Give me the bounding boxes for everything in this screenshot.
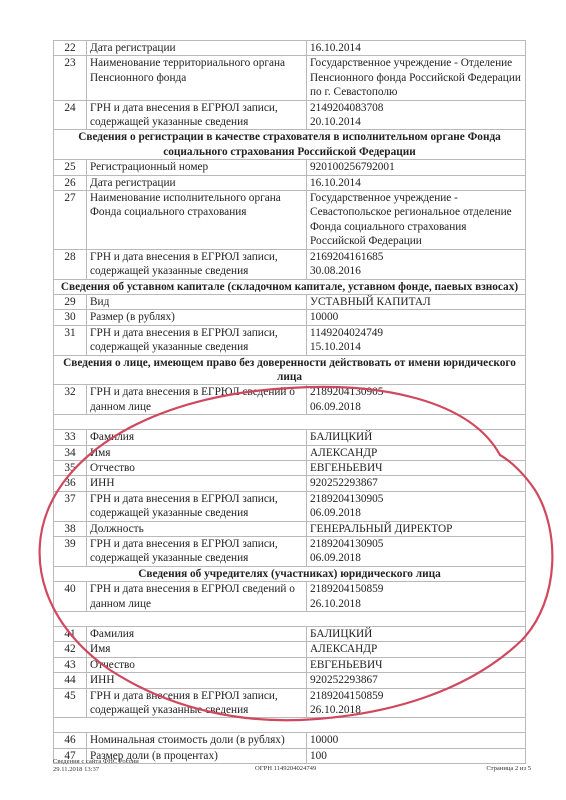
field-label: Номинальная стоимость доли (в рублях) [87,733,307,748]
section-title: Сведения об учредителях (участниках) юри… [54,566,526,581]
section-title: Сведения о лице, имеющем право без довер… [54,355,526,385]
field-label: Размер (в рублях) [87,310,307,325]
row-number: 41 [54,627,87,642]
field-value: 920252293867 [307,673,526,688]
row-number: 32 [54,385,87,415]
field-value: БАЛИЦКИЙ [307,627,526,642]
section-header-row: Сведения об уставном капитале (складочно… [54,279,526,294]
table-row: 24ГРН и дата внесения в ЕГРЮЛ записи, со… [54,100,526,130]
row-number: 35 [54,460,87,475]
field-label: ГРН и дата внесения в ЕГРЮЛ записи, соде… [87,537,307,567]
table-row: 36ИНН920252293867 [54,476,526,491]
field-label: Дата регистрации [87,175,307,190]
row-number: 33 [54,430,87,445]
blank-cell [54,612,526,627]
field-label: Наименование исполнительного органа Фонд… [87,191,307,250]
field-value: УСТАВНЫЙ КАПИТАЛ [307,294,526,309]
footer-left: Сведения с сайта ФНС России 29.11.2018 1… [53,758,139,773]
field-value: 218920413090506.09.2018 [307,537,526,567]
field-label: Регистрационный номер [87,160,307,175]
field-label: ИНН [87,673,307,688]
field-label: ГРН и дата внесения в ЕГРЮЛ сведений о д… [87,582,307,612]
row-number: 27 [54,191,87,250]
document-page: 22Дата регистрации16.10.201423Наименован… [0,0,566,800]
table-row: 45ГРН и дата внесения в ЕГРЮЛ записи, со… [54,688,526,718]
table-row: 46Номинальная стоимость доли (в рублях)1… [54,733,526,748]
field-value: Государственное учреждение - Севастополь… [307,191,526,250]
field-value: 920252293867 [307,476,526,491]
field-label: ГРН и дата внесения в ЕГРЮЛ записи, соде… [87,100,307,130]
field-value: ЕВГЕНЬЕВИЧ [307,657,526,672]
field-value: 218920415085926.10.2018 [307,688,526,718]
section-title: Сведения об уставном капитале (складочно… [54,279,526,294]
field-value: 16.10.2014 [307,175,526,190]
row-number: 31 [54,325,87,355]
field-label: ИНН [87,476,307,491]
field-value: ЕВГЕНЬЕВИЧ [307,460,526,475]
field-value: 216920416168530.08.2016 [307,249,526,279]
field-value: 218920413090506.09.2018 [307,385,526,415]
field-label: Фамилия [87,430,307,445]
blank-row [54,718,526,733]
field-label: Вид [87,294,307,309]
field-label: ГРН и дата внесения в ЕГРЮЛ сведений о д… [87,385,307,415]
row-number: 37 [54,491,87,521]
table-row: 31ГРН и дата внесения в ЕГРЮЛ записи, со… [54,325,526,355]
table-row: 32ГРН и дата внесения в ЕГРЮЛ сведений о… [54,385,526,415]
table-row: 33ФамилияБАЛИЦКИЙ [54,430,526,445]
table-row: 41ФамилияБАЛИЦКИЙ [54,627,526,642]
table-row: 22Дата регистрации16.10.2014 [54,41,526,56]
section-header-row: Сведения об учредителях (участниках) юри… [54,566,526,581]
field-label: Отчество [87,460,307,475]
table-row: 40ГРН и дата внесения в ЕГРЮЛ сведений о… [54,582,526,612]
table-row: 44ИНН920252293867 [54,673,526,688]
footer-source: Сведения с сайта ФНС России [53,758,139,766]
field-label: ГРН и дата внесения в ЕГРЮЛ записи, соде… [87,249,307,279]
row-number: 45 [54,688,87,718]
field-value: 10000 [307,733,526,748]
row-number: 46 [54,733,87,748]
footer-page-number: Страница 2 из 5 [486,765,531,773]
field-value: 16.10.2014 [307,41,526,56]
field-label: Имя [87,642,307,657]
field-value: АЛЕКСАНДР [307,642,526,657]
table-row: 39ГРН и дата внесения в ЕГРЮЛ записи, со… [54,537,526,567]
section-title: Сведения о регистрации в качестве страхо… [54,130,526,160]
field-value: 920100256792001 [307,160,526,175]
table-row: 38ДолжностьГЕНЕРАЛЬНЫЙ ДИРЕКТОР [54,521,526,536]
blank-row [54,612,526,627]
table-row: 35ОтчествоЕВГЕНЬЕВИЧ [54,460,526,475]
table-row: 25Регистрационный номер920100256792001 [54,160,526,175]
field-value: АЛЕКСАНДР [307,445,526,460]
field-label: Дата регистрации [87,41,307,56]
field-label: Должность [87,521,307,536]
field-value: 100 [307,748,526,763]
field-value: ГЕНЕРАЛЬНЫЙ ДИРЕКТОР [307,521,526,536]
row-number: 28 [54,249,87,279]
row-number: 42 [54,642,87,657]
field-label: Отчество [87,657,307,672]
row-number: 40 [54,582,87,612]
field-value: 10000 [307,310,526,325]
field-value: 114920402474915.10.2014 [307,325,526,355]
row-number: 30 [54,310,87,325]
table-row: 37ГРН и дата внесения в ЕГРЮЛ записи, со… [54,491,526,521]
row-number: 38 [54,521,87,536]
field-value: 214920408370820.10.2014 [307,100,526,130]
field-value: Государственное учреждение - Отделение П… [307,56,526,100]
row-number: 44 [54,673,87,688]
row-number: 34 [54,445,87,460]
section-header-row: Сведения о регистрации в качестве страхо… [54,130,526,160]
table-row: 43ОтчествоЕВГЕНЬЕВИЧ [54,657,526,672]
field-value: 218920413090506.09.2018 [307,491,526,521]
row-number: 39 [54,537,87,567]
field-label: ГРН и дата внесения в ЕГРЮЛ записи, соде… [87,491,307,521]
table-row: 29ВидУСТАВНЫЙ КАПИТАЛ [54,294,526,309]
row-number: 22 [54,41,87,56]
row-number: 26 [54,175,87,190]
blank-cell [54,415,526,430]
field-label: Наименование территориального органа Пен… [87,56,307,100]
table-row: 28ГРН и дата внесения в ЕГРЮЛ записи, со… [54,249,526,279]
table-row: 27Наименование исполнительного органа Фо… [54,191,526,250]
field-label: Имя [87,445,307,460]
egrul-table-body: 22Дата регистрации16.10.201423Наименован… [54,41,526,764]
field-label: ГРН и дата внесения в ЕГРЮЛ записи, соде… [87,325,307,355]
blank-cell [54,718,526,733]
table-row: 30Размер (в рублях)10000 [54,310,526,325]
field-value: БАЛИЦКИЙ [307,430,526,445]
table-row: 34ИмяАЛЕКСАНДР [54,445,526,460]
blank-row [54,415,526,430]
row-number: 43 [54,657,87,672]
row-number: 23 [54,56,87,100]
row-number: 25 [54,160,87,175]
field-label: Фамилия [87,627,307,642]
field-label: ГРН и дата внесения в ЕГРЮЛ записи, соде… [87,688,307,718]
table-row: 26Дата регистрации16.10.2014 [54,175,526,190]
row-number: 24 [54,100,87,130]
table-row: 23Наименование территориального органа П… [54,56,526,100]
egrul-table: 22Дата регистрации16.10.201423Наименован… [53,40,526,764]
row-number: 29 [54,294,87,309]
field-value: 218920415085926.10.2018 [307,582,526,612]
section-header-row: Сведения о лице, имеющем право без довер… [54,355,526,385]
row-number: 36 [54,476,87,491]
footer-datetime: 29.11.2018 13:37 [53,766,139,774]
footer-ogrn: ОГРН 1149204024749 [255,765,316,773]
table-row: 42ИмяАЛЕКСАНДР [54,642,526,657]
